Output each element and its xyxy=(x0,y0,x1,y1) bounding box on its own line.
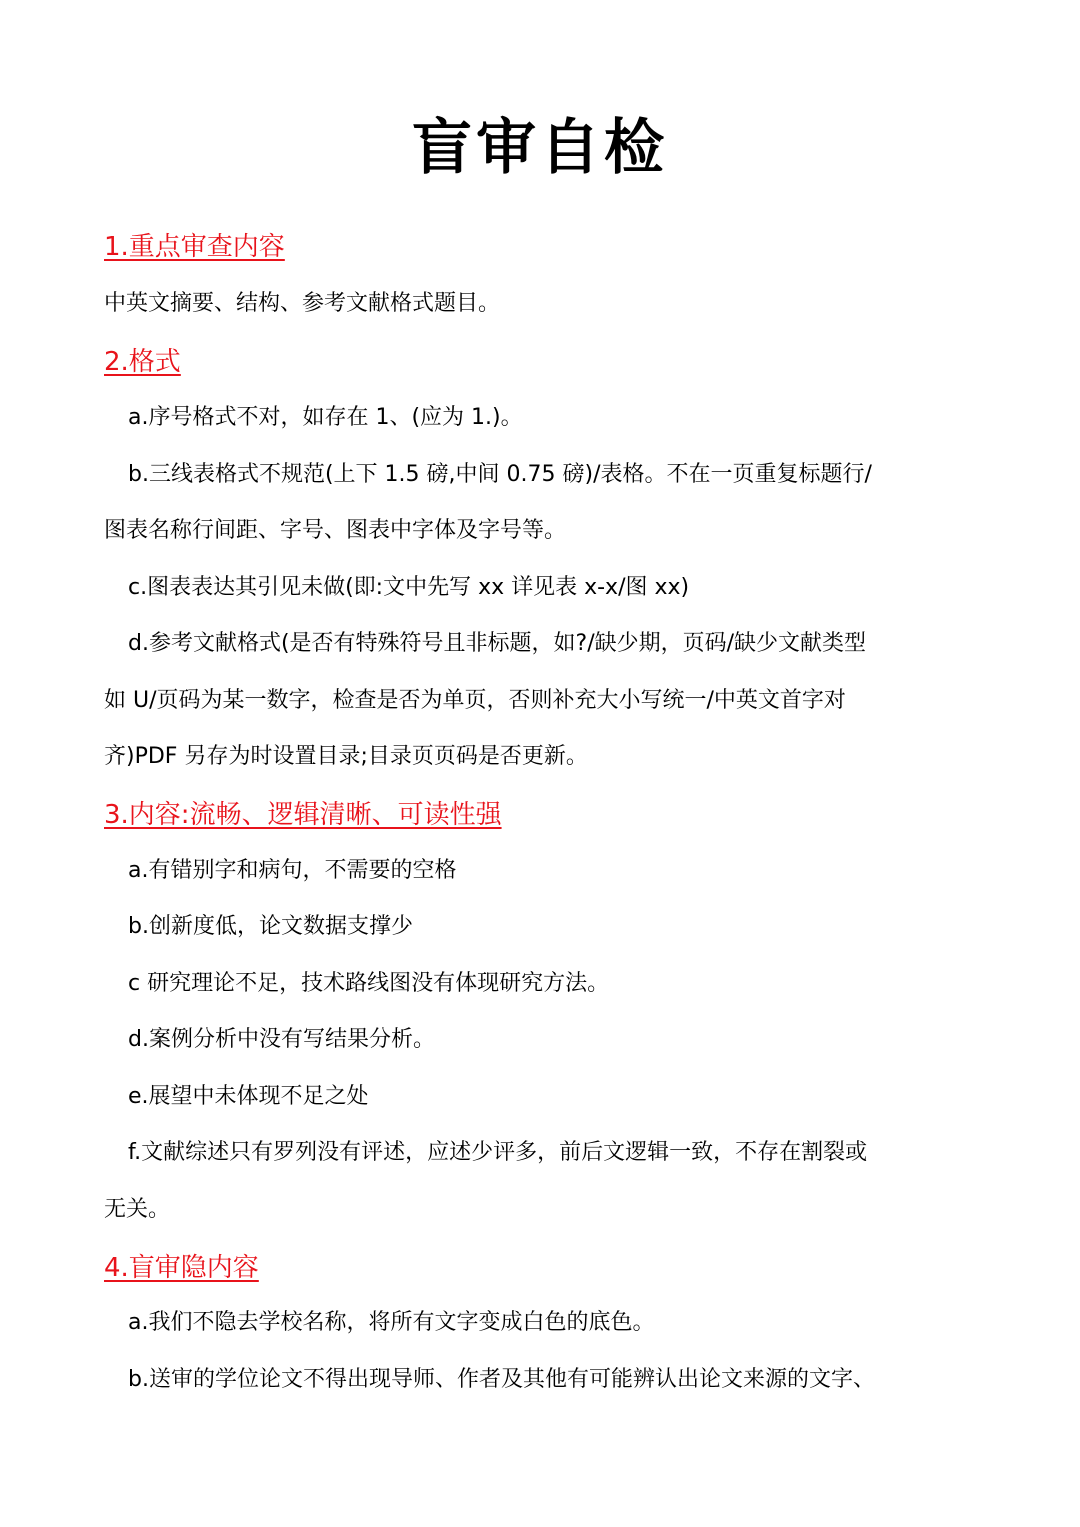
section-heading-content: 3.内容:流畅、逻辑清晰、可读性强 xyxy=(104,798,502,832)
page-title: 盲审自检 xyxy=(0,108,1080,188)
list-item-2d: d.参考文献格式(是否有特殊符号且非标题，如?/缺少期，页码/缺少文献类型 xyxy=(128,629,866,659)
list-item-2c: c.图表表达其引见未做(即:文中先写 xx 详见表 x-x/图 xx) xyxy=(128,573,689,603)
list-item-3b: b.创新度低，论文数据支撑少 xyxy=(128,912,413,942)
list-item-4a: a.我们不隐去学校名称，将所有文字变成白色的底色。 xyxy=(128,1308,654,1338)
list-item-2a: a.序号格式不对，如存在 1、(应为 1.)。 xyxy=(128,403,523,433)
list-item-2d-continued-2: 齐)PDF 另存为时设置目录;目录页页码是否更新。 xyxy=(104,742,588,772)
list-item-3d: d.案例分析中没有写结果分析。 xyxy=(128,1025,435,1055)
list-item-2d-continued: 如 U/页码为某一数字，检查是否为单页，否则补充大小写统一/中英文首字对 xyxy=(104,686,846,716)
section-heading-blind-review-hidden: 4.盲审隐内容 xyxy=(104,1251,259,1285)
list-item-2b: b.三线表格式不规范(上下 1.5 磅,中间 0.75 磅)/表格。不在一页重复… xyxy=(128,460,872,490)
section-heading-format: 2.格式 xyxy=(104,345,181,379)
list-item-4b: b.送审的学位论文不得出现导师、作者及其他有可能辨认出论文来源的文字、 xyxy=(128,1365,875,1395)
section-heading-key-review: 1.重点审查内容 xyxy=(104,230,285,264)
document-page: 盲审自检 1.重点审查内容 中英文摘要、结构、参考文献格式题目。 2.格式 a.… xyxy=(0,0,1080,1527)
list-item-3c: c 研究理论不足，技术路线图没有体现研究方法。 xyxy=(128,969,609,999)
list-item-3f: f.文献综述只有罗列没有评述，应述少评多，前后文逻辑一致，不存在割裂或 xyxy=(128,1138,867,1168)
list-item-3a: a.有错别字和病句，不需要的空格 xyxy=(128,856,456,886)
list-item-2b-continued: 图表名称行间距、字号、图表中字体及字号等。 xyxy=(104,516,566,546)
paragraph-line: 中英文摘要、结构、参考文献格式题目。 xyxy=(104,289,500,319)
list-item-3f-continued: 无关。 xyxy=(104,1195,170,1225)
list-item-3e: e.展望中未体现不足之处 xyxy=(128,1082,369,1112)
